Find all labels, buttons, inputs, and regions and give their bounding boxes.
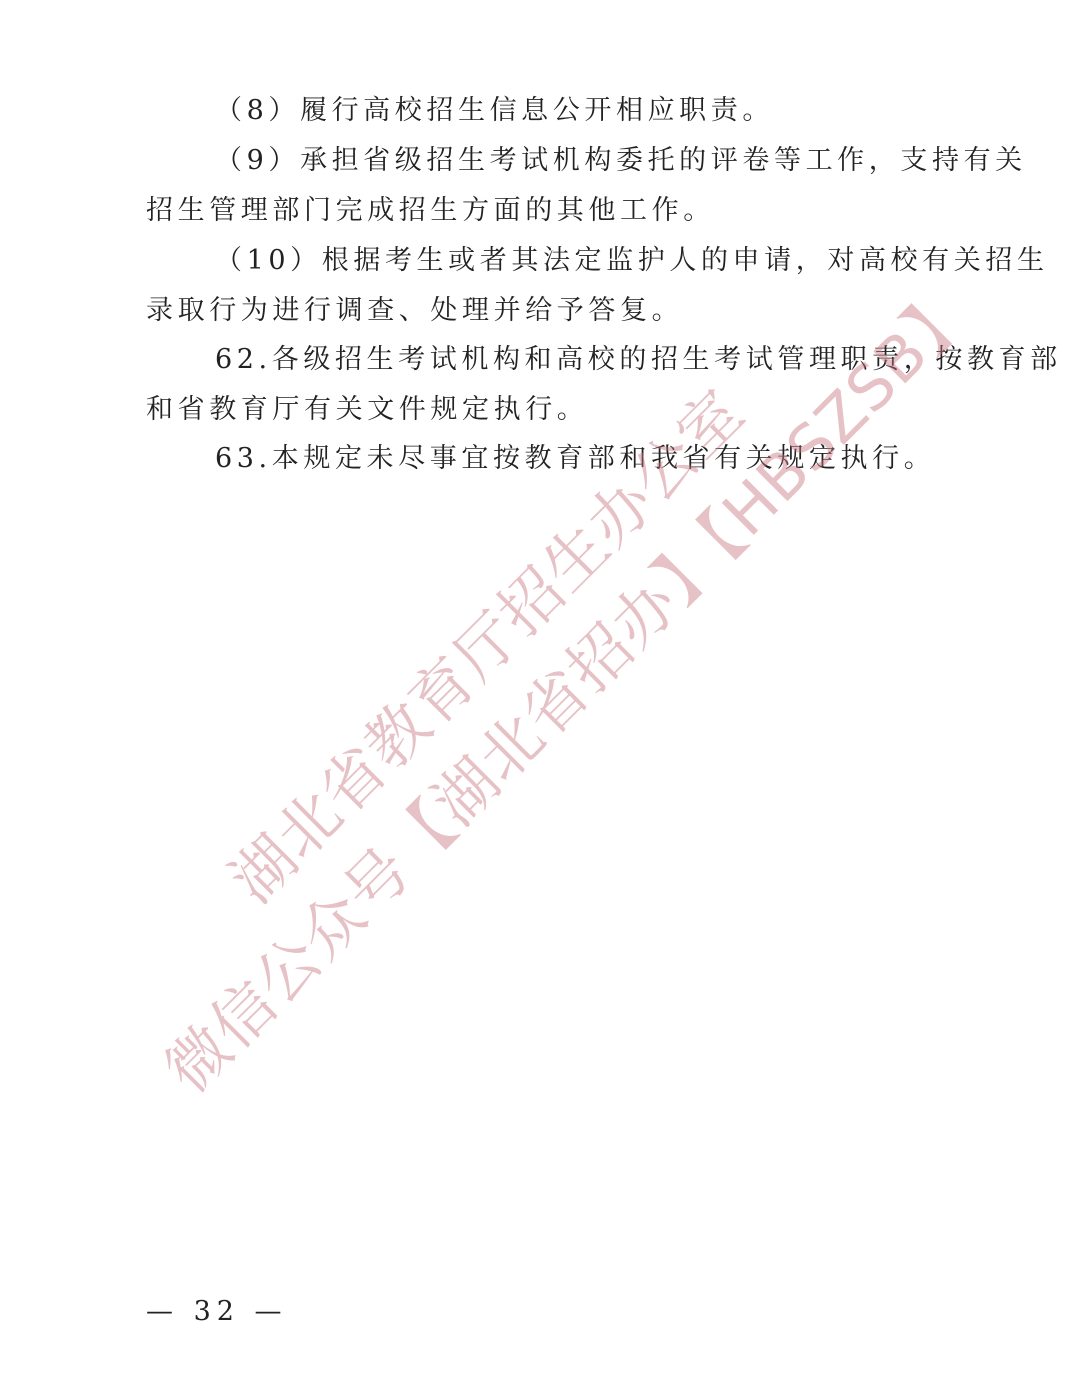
text-line: （9）承担省级招生考试机构委托的评卷等工作，支持有关 [146,136,946,186]
text-line: 招生管理部门完成招生方面的其他工作。 [146,186,946,236]
paragraph-item-9: （9）承担省级招生考试机构委托的评卷等工作，支持有关 招生管理部门完成招生方面的… [146,136,946,236]
text-line: （10）根据考生或者其法定监护人的申请，对高校有关招生 [146,236,946,286]
text-line: 录取行为进行调查、处理并给予答复。 [146,286,946,336]
paragraph-item-10: （10）根据考生或者其法定监护人的申请，对高校有关招生 录取行为进行调查、处理并… [146,236,946,336]
page-number: — 32 — [146,1296,288,1327]
document-page: （8）履行高校招生信息公开相应职责。 （9）承担省级招生考试机构委托的评卷等工作… [0,0,1080,1398]
paragraph-item-8: （8）履行高校招生信息公开相应职责。 [146,86,946,136]
text-line: （8）履行高校招生信息公开相应职责。 [146,86,946,136]
